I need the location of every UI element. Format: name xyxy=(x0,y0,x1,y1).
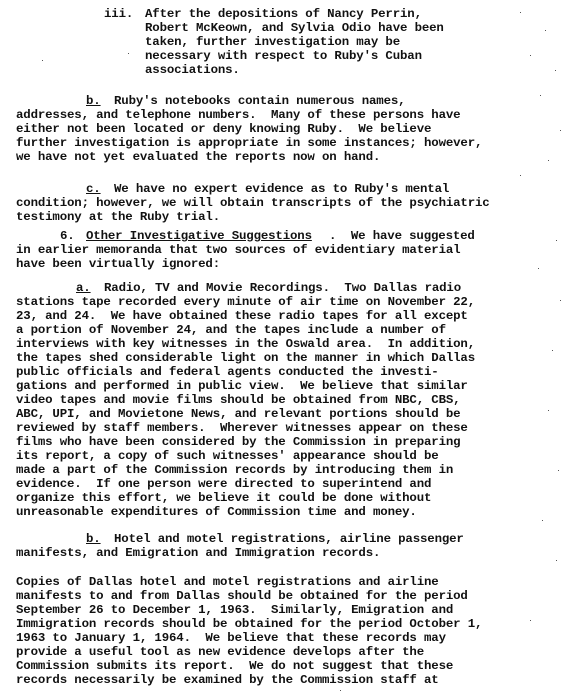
sub-a-line: gations and performed in public view. We… xyxy=(16,379,468,393)
para-b-marker: b. xyxy=(86,94,101,108)
sub-a-line: reviewed by staff members. Wherever witn… xyxy=(16,421,468,435)
section-6-first-line-rest: . We have suggested xyxy=(329,229,475,243)
sub-a-line: the tapes shed considerable light on the… xyxy=(16,351,475,365)
sub-a-line: unreasonable expenditures of Commission … xyxy=(16,505,417,519)
copies-line: 1963 to January 1, 1964. We believe that… xyxy=(16,631,446,645)
para-c-line: condition; however, we will obtain trans… xyxy=(16,196,490,210)
document-page: iii. After the depositions of Nancy Perr… xyxy=(0,0,571,694)
copies-line: Immigration records should be obtained f… xyxy=(16,617,482,631)
para-c-first-line: We have no expert evidence as to Ruby's … xyxy=(114,182,449,196)
para-b-line: we have not yet evaluated the reports no… xyxy=(16,150,380,164)
section-6-line: have been virtually ignored: xyxy=(16,257,220,271)
sub-a-line: its report, a copy of such witnesses' ap… xyxy=(16,449,439,463)
sub-a-line: a portion of November 24, and the tapes … xyxy=(16,323,446,337)
sub-a-line: 23, and 24. We have obtained these radio… xyxy=(16,309,468,323)
item-iii-line: After the depositions of Nancy Perrin, xyxy=(145,7,422,21)
copies-line: Copies of Dallas hotel and motel registr… xyxy=(16,575,439,589)
section-6-heading: Other Investigative Suggestions xyxy=(86,229,312,243)
copies-line: manifests to and from Dallas should be o… xyxy=(16,589,468,603)
copies-line: September 26 to December 1, 1963. Simila… xyxy=(16,603,453,617)
para-b-line: further investigation is appropriate in … xyxy=(16,136,482,150)
section-6-number: 6. xyxy=(60,229,75,243)
sub-a-line: video tapes and movie films should be ob… xyxy=(16,393,460,407)
item-iii-line: necessary with respect to Ruby's Cuban xyxy=(145,49,422,63)
copies-line: records necessarily be examined by the C… xyxy=(16,673,439,687)
sub-a-line: organize this effort, we believe it coul… xyxy=(16,491,431,505)
sub-a-line: public officials and federal agents cond… xyxy=(16,365,439,379)
sub-a-line: stations tape recorded every minute of a… xyxy=(16,295,475,309)
sub-a-line: evidence. If one person were directed to… xyxy=(16,477,431,491)
sub-a-line: ABC, UPI, and Movietone News, and releva… xyxy=(16,407,460,421)
sub-a-first-line: Radio, TV and Movie Recordings. Two Dall… xyxy=(104,281,461,295)
item-iii-marker: iii. xyxy=(104,7,133,21)
section-6-line: in earlier memoranda that two sources of… xyxy=(16,243,460,257)
item-iii-line: associations. xyxy=(145,63,240,77)
sub-a-line: made a part of the Commission records by… xyxy=(16,463,453,477)
sub-b-marker: b. xyxy=(86,532,101,546)
sub-b-line: manifests, and Emigration and Immigratio… xyxy=(16,546,380,560)
para-b-line: addresses, and telephone numbers. Many o… xyxy=(16,108,460,122)
sub-a-line: interviews with key witnesses in the Osw… xyxy=(16,337,475,351)
sub-a-line: films who have been considered by the Co… xyxy=(16,435,460,449)
para-c-line: testimony at the Ruby trial. xyxy=(16,210,220,224)
sub-a-marker: a. xyxy=(76,281,91,295)
para-c-marker: c. xyxy=(86,182,101,196)
copies-line: Commission submits its report. We do not… xyxy=(16,659,453,673)
copies-line: provide a useful tool as new evidence de… xyxy=(16,645,424,659)
para-b-first-line: Ruby's notebooks contain numerous names, xyxy=(114,94,405,108)
sub-b-first-line: Hotel and motel registrations, airline p… xyxy=(114,532,464,546)
item-iii-line: Robert McKeown, and Sylvia Odio have bee… xyxy=(145,21,444,35)
item-iii-line: taken, further investigation may be xyxy=(145,35,400,49)
para-b-line: either not been located or deny knowing … xyxy=(16,122,431,136)
